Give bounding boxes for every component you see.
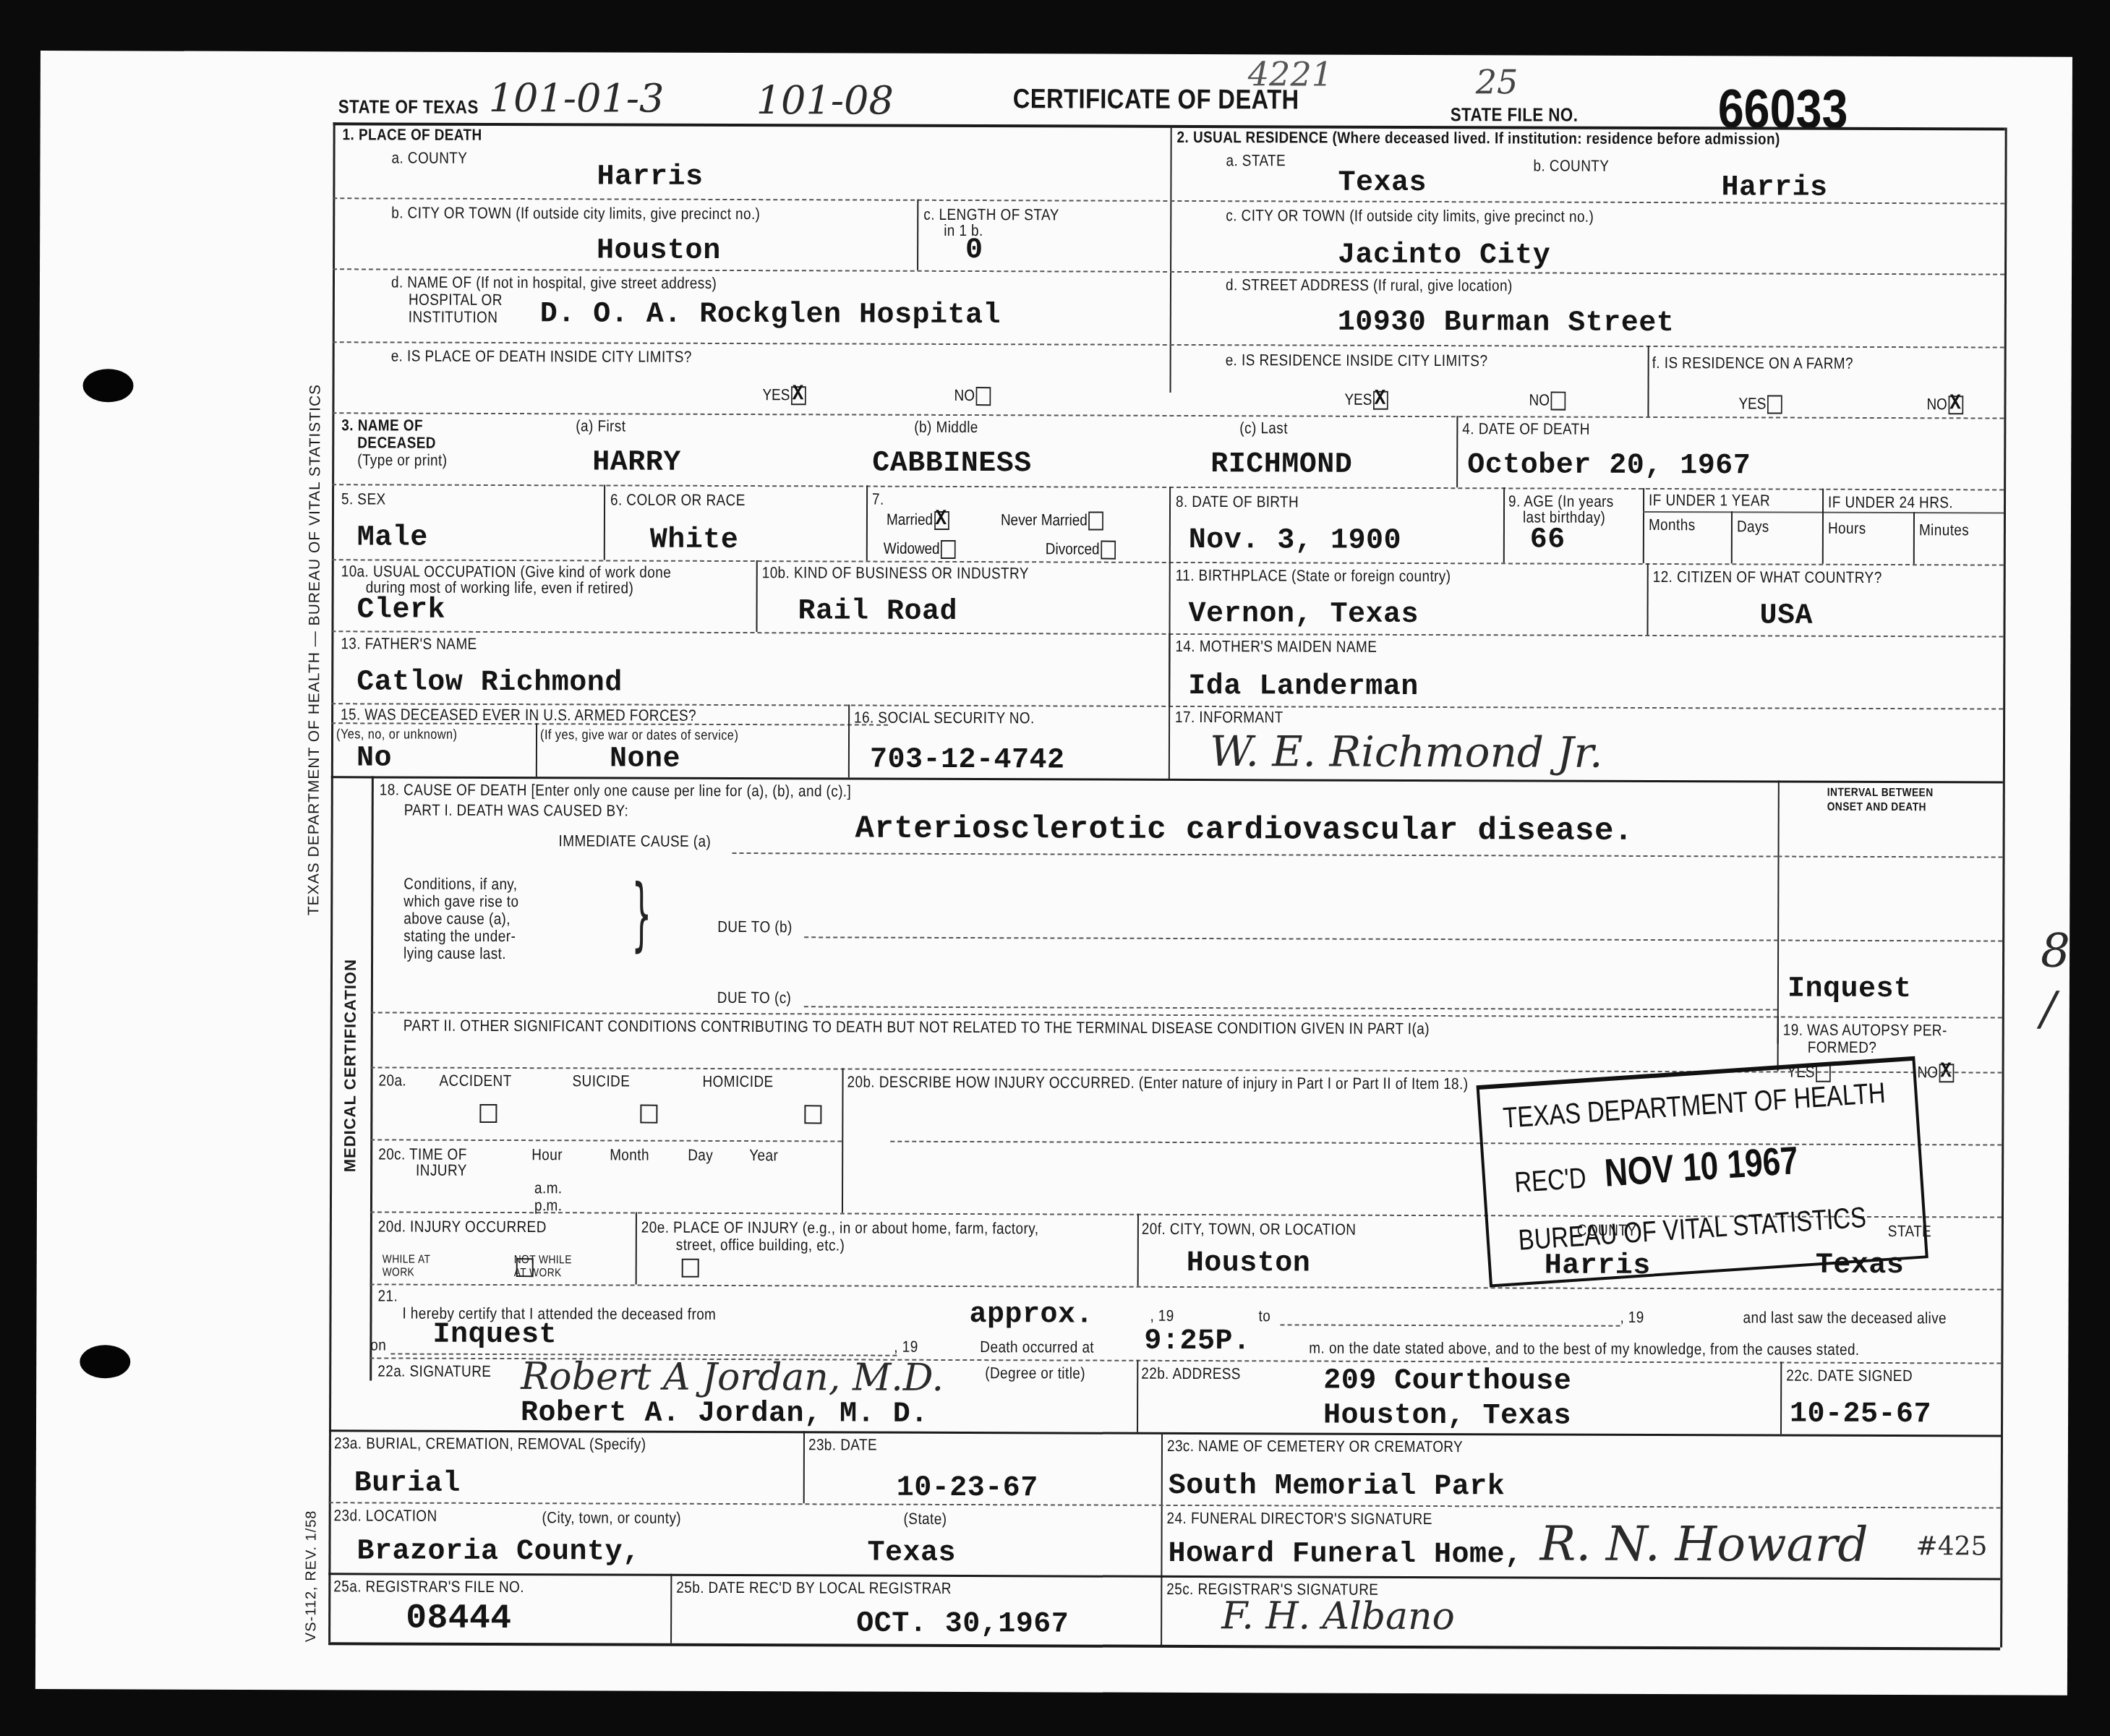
divider-date-death bbox=[1456, 416, 1458, 487]
location-label: 20f. CITY, TOWN, OR LOCATION bbox=[1142, 1220, 1357, 1239]
month-label: Month bbox=[610, 1145, 649, 1163]
accident-label: ACCIDENT bbox=[439, 1072, 511, 1090]
interval-line-a bbox=[1778, 856, 2003, 858]
handwritten-code-2: 101-08 bbox=[756, 77, 894, 124]
inside-limits-yes[interactable]: YES bbox=[762, 385, 806, 405]
informant-label: 17. INFORMANT bbox=[1175, 708, 1283, 727]
location-city-value: Houston bbox=[1187, 1247, 1311, 1280]
handwritten-top-2: 25 bbox=[1476, 62, 1519, 101]
burial-state-value: Texas bbox=[867, 1537, 956, 1570]
armed-sub1: (Yes, no, or unknown) bbox=[336, 727, 457, 743]
stamp-line-3: BUREAU OF VITAL STATISTICS bbox=[1517, 1202, 1867, 1257]
checkbox-checked[interactable] bbox=[1949, 395, 1964, 414]
location-line bbox=[329, 1502, 2001, 1508]
usual-residence-label: 2. USUAL RESIDENCE (Where deceased lived… bbox=[1177, 128, 1780, 148]
sex-label: 5. SEX bbox=[341, 489, 386, 508]
funeral-home-value: Howard Funeral Home, bbox=[1168, 1538, 1522, 1572]
occurred-at-label: Death occurred at bbox=[980, 1338, 1094, 1356]
burial-location-sub1: (City, town, or county) bbox=[542, 1508, 682, 1527]
homicide-checkbox[interactable] bbox=[804, 1105, 821, 1124]
checkbox-checked[interactable] bbox=[934, 511, 949, 530]
registrar-top-line bbox=[328, 1573, 2000, 1580]
received-stamp: TEXAS DEPARTMENT OF HEALTH REC'D NOV 10 … bbox=[1477, 1056, 1929, 1288]
checkbox[interactable] bbox=[1767, 395, 1782, 414]
divider-ssn bbox=[848, 705, 850, 778]
inside-limits-no[interactable]: NO bbox=[954, 386, 991, 406]
hospital-value: D. O. A. Rockglen Hospital bbox=[540, 298, 1001, 332]
funeral-director-signature: R. N. Howard bbox=[1539, 1516, 1868, 1573]
stay-value: 0 bbox=[965, 234, 983, 267]
divider-autopsy bbox=[1777, 1017, 1779, 1072]
funeral-license: #425 bbox=[1915, 1531, 1987, 1561]
checkbox[interactable] bbox=[1101, 541, 1116, 560]
industry-label: 10b. KIND OF BUSINESS OR INDUSTRY bbox=[762, 563, 1029, 582]
year-label: Year bbox=[749, 1146, 778, 1164]
birthplace-value: Vernon, Texas bbox=[1188, 598, 1419, 631]
certificate-paper: TEXAS DEPARTMENT OF HEALTH — BUREAU OF V… bbox=[35, 51, 2072, 1696]
divider-interval bbox=[1777, 781, 1780, 1044]
at-work-2: WORK bbox=[383, 1266, 415, 1280]
place-label-2: street, office building, etc.) bbox=[676, 1236, 845, 1254]
punch-hole-top bbox=[82, 369, 133, 402]
armed-value: No bbox=[356, 742, 392, 774]
time-line bbox=[370, 1139, 842, 1142]
state-file-label: STATE FILE NO. bbox=[1451, 104, 1579, 126]
handwritten-code-1: 101-01-3 bbox=[489, 75, 665, 121]
certify-tail: m. on the date stated above, and to the … bbox=[1309, 1339, 1859, 1359]
burial-county-value: Brazoria County, bbox=[356, 1535, 640, 1568]
farm-no[interactable]: NO bbox=[1926, 395, 1963, 414]
date-signed-label: 22c. DATE SIGNED bbox=[1786, 1367, 1913, 1385]
ssn-value: 703-12-4742 bbox=[870, 744, 1065, 777]
injury-num: 20a. bbox=[378, 1071, 406, 1089]
time-label-2: INJURY bbox=[416, 1161, 467, 1180]
divider-marital bbox=[866, 486, 868, 561]
not-at-work-checkbox[interactable] bbox=[681, 1259, 699, 1278]
divider-registrar-date bbox=[670, 1574, 672, 1643]
due-c-label: DUE TO (c) bbox=[717, 988, 791, 1007]
conditions-2: which gave rise to bbox=[403, 892, 518, 911]
autopsy-label-1: 19. WAS AUTOPSY PER- bbox=[1783, 1021, 1947, 1040]
burial-location-label: 23d. LOCATION bbox=[334, 1506, 437, 1525]
medical-inner-border bbox=[370, 776, 374, 1380]
res-inside-limits-yes[interactable]: YES bbox=[1344, 390, 1388, 410]
registrar-signature: F. H. Albano bbox=[1221, 1594, 1455, 1638]
race-value: White bbox=[650, 524, 739, 557]
burial-location-sub2: (State) bbox=[904, 1510, 947, 1528]
suicide-checkbox[interactable] bbox=[641, 1105, 658, 1124]
side-agency-text: TEXAS DEPARTMENT OF HEALTH — BUREAU OF V… bbox=[305, 384, 324, 915]
form-bottom-border bbox=[328, 1642, 2000, 1650]
age-value: 66 bbox=[1530, 523, 1566, 556]
place-label-1: 20e. PLACE OF INJURY (e.g., in or about … bbox=[641, 1218, 1039, 1238]
checkbox[interactable] bbox=[976, 387, 991, 406]
cause-a-line bbox=[732, 852, 1778, 858]
divider-describe bbox=[842, 1068, 844, 1213]
divider-under-year bbox=[1643, 488, 1644, 563]
divider-days bbox=[1731, 511, 1733, 563]
dob-label: 8. DATE OF BIRTH bbox=[1176, 492, 1299, 511]
divider-farm bbox=[1647, 346, 1649, 416]
form-left-border bbox=[328, 122, 336, 1642]
registrar-file-value: 08444 bbox=[406, 1599, 512, 1638]
address-line-1: 209 Courthouse bbox=[1323, 1365, 1571, 1398]
res-street-value: 10930 Burman Street bbox=[1338, 307, 1675, 340]
under-24-label: IF UNDER 24 HRS. bbox=[1828, 493, 1953, 512]
form-right-border bbox=[2000, 128, 2007, 1648]
interval-label-1: INTERVAL BETWEEN bbox=[1827, 787, 1934, 800]
marital-never-married[interactable]: Never Married bbox=[1001, 510, 1103, 531]
cause-label: 18. CAUSE OF DEATH [Enter only one cause… bbox=[380, 780, 852, 800]
method-value: Burial bbox=[354, 1467, 461, 1500]
autopsy-label-2: FORMED? bbox=[1808, 1038, 1877, 1057]
address-line-2: Houston, Texas bbox=[1323, 1400, 1571, 1433]
interval-label-2: ONSET AND DEATH bbox=[1827, 801, 1926, 815]
farm-label: f. IS RESIDENCE ON A FARM? bbox=[1652, 354, 1853, 372]
mother-label: 14. MOTHER'S MAIDEN NAME bbox=[1175, 637, 1377, 656]
day-label: Day bbox=[688, 1146, 713, 1164]
physician-signature: Robert A Jordan, M.D. bbox=[521, 1355, 944, 1400]
res-state-label: a. STATE bbox=[1226, 151, 1286, 170]
inside-limits-label: e. IS PLACE OF DEATH INSIDE CITY LIMITS? bbox=[391, 347, 692, 367]
res-county-label: b. COUNTY bbox=[1533, 156, 1609, 175]
divider-stay bbox=[917, 200, 918, 270]
death-city-label: b. CITY OR TOWN (If outside city limits,… bbox=[391, 204, 760, 223]
last-label: (c) Last bbox=[1239, 419, 1288, 437]
certify-19-a: , 19 bbox=[1150, 1307, 1174, 1325]
state-of-texas-label: STATE OF TEXAS bbox=[338, 96, 479, 119]
punch-hole-bottom bbox=[80, 1345, 130, 1378]
certify-on: on bbox=[370, 1335, 386, 1354]
divider-under-24 bbox=[1822, 489, 1824, 564]
stamp-recd: REC'D bbox=[1513, 1162, 1587, 1200]
conditions-1: Conditions, if any, bbox=[403, 875, 517, 894]
certify-num: 21. bbox=[378, 1286, 398, 1304]
father-value: Catlow Richmond bbox=[356, 666, 623, 699]
hours-label: Hours bbox=[1828, 519, 1866, 537]
marital-married[interactable]: Married bbox=[887, 510, 949, 530]
interval-inquest: Inquest bbox=[1787, 973, 1912, 1006]
divider-race bbox=[604, 484, 605, 560]
date-signed-value: 10-25-67 bbox=[1790, 1398, 1931, 1432]
row-line-7 bbox=[331, 630, 2003, 637]
form-revision-text: VS-112, REV. 1/58 bbox=[303, 1510, 320, 1642]
armed-sub2: (If yes, give war or dates of service) bbox=[540, 727, 738, 744]
res-county-value: Harris bbox=[1721, 171, 1827, 204]
conditions-5: lying cause last. bbox=[403, 944, 506, 963]
conditions-brace: } bbox=[631, 874, 652, 954]
hospital-label-1: d. NAME OF (If not in hospital, give str… bbox=[391, 273, 717, 293]
checkbox[interactable] bbox=[1551, 392, 1566, 411]
hospital-label-3: INSTITUTION bbox=[409, 308, 498, 327]
divider-place bbox=[636, 1213, 637, 1285]
checkbox-checked[interactable] bbox=[1373, 391, 1388, 410]
middle-label: (b) Middle bbox=[914, 418, 978, 437]
cemetery-label: 23c. NAME OF CEMETERY OR CREMATORY bbox=[1167, 1437, 1463, 1456]
part1-label: PART I. DEATH WAS CAUSED BY: bbox=[404, 801, 629, 820]
divider-address bbox=[1137, 1360, 1138, 1432]
death-city-value: Houston bbox=[597, 234, 721, 268]
middle-name-value: CABBINESS bbox=[872, 448, 1032, 481]
describe-label: 20b. DESCRIBE HOW INJURY OCCURRED. (Ente… bbox=[847, 1073, 1468, 1093]
margin-note-slash: / bbox=[2041, 983, 2056, 1036]
am-label: a.m. bbox=[534, 1179, 563, 1197]
sex-value: Male bbox=[357, 521, 428, 554]
conditions-3: above cause (a), bbox=[403, 910, 511, 928]
date-of-death-value: October 20, 1967 bbox=[1467, 449, 1751, 482]
divider-date-signed bbox=[1780, 1362, 1782, 1434]
divider-burial-date bbox=[803, 1431, 805, 1503]
service-value: None bbox=[610, 743, 680, 775]
res-city-label: c. CITY OR TOWN (If outside city limits,… bbox=[1226, 206, 1594, 226]
accident-checkbox[interactable] bbox=[479, 1104, 497, 1123]
certify-top-line bbox=[370, 1283, 2002, 1290]
months-label: Months bbox=[1649, 516, 1696, 534]
stamp-line-1: TEXAS DEPARTMENT OF HEALTH bbox=[1502, 1077, 1887, 1135]
cause-c-line bbox=[804, 1006, 1777, 1010]
marital-widowed[interactable]: Widowed bbox=[884, 539, 956, 560]
occupation-value: Clerk bbox=[357, 594, 446, 626]
divider-center-top bbox=[1170, 125, 1172, 393]
res-inside-limits-label: e. IS RESIDENCE INSIDE CITY LIMITS? bbox=[1226, 351, 1488, 369]
res-inside-limits-no[interactable]: NO bbox=[1529, 390, 1566, 410]
divider-service bbox=[536, 723, 537, 777]
checkbox[interactable] bbox=[1089, 512, 1104, 531]
certify-19-c: , 19 bbox=[894, 1338, 918, 1356]
res-city-value: Jacinto City bbox=[1338, 239, 1550, 273]
marital-divorced[interactable]: Divorced bbox=[1046, 539, 1116, 559]
divider-cemetery bbox=[1161, 1432, 1163, 1645]
registrar-file-label: 25a. REGISTRAR'S FILE NO. bbox=[333, 1577, 524, 1596]
side-medical-cert-text: MEDICAL CERTIFICATION bbox=[341, 959, 360, 1172]
not-at-work-2: AT WORK bbox=[514, 1267, 562, 1280]
conditions-4: stating the under- bbox=[403, 927, 516, 946]
not-at-work-1: NOT WHILE bbox=[514, 1254, 572, 1267]
part2-label: PART II. OTHER SIGNIFICANT CONDITIONS CO… bbox=[403, 1017, 1430, 1038]
immediate-label: IMMEDIATE CAUSE (a) bbox=[559, 831, 712, 850]
signature-label: 22a. SIGNATURE bbox=[377, 1361, 491, 1380]
armed-subline bbox=[331, 722, 888, 725]
row-line-5 bbox=[332, 484, 2004, 490]
father-label: 13. FATHER'S NAME bbox=[341, 634, 477, 653]
certify-to: to bbox=[1258, 1307, 1270, 1325]
checkbox[interactable] bbox=[941, 540, 956, 559]
days-label: Days bbox=[1737, 517, 1769, 535]
name-label-3: (Type or print) bbox=[357, 450, 447, 469]
cause-b-line bbox=[804, 936, 2002, 941]
res-state-value: Texas bbox=[1338, 167, 1427, 200]
at-work-1: WHILE AT bbox=[383, 1253, 431, 1267]
last-name-value: RICHMOND bbox=[1210, 448, 1352, 482]
under-year-label: IF UNDER 1 YEAR bbox=[1649, 491, 1770, 510]
divider-industry bbox=[756, 560, 757, 632]
dob-value: Nov. 3, 1900 bbox=[1189, 524, 1401, 557]
address-label: 22b. ADDRESS bbox=[1141, 1364, 1241, 1383]
mother-value: Ida Landerman bbox=[1188, 670, 1419, 704]
burial-date-value: 10-23-67 bbox=[897, 1472, 1038, 1505]
stamp-date: NOV 10 1967 bbox=[1603, 1138, 1800, 1196]
name-label-1: 3. NAME OF bbox=[341, 416, 423, 435]
armed-label: 15. WAS DECEASED EVER IN U.S. ARMED FORC… bbox=[341, 705, 696, 724]
hospital-label-2: HOSPITAL OR bbox=[409, 291, 503, 309]
divider-center-mid bbox=[1169, 633, 1171, 779]
checkbox-checked[interactable] bbox=[791, 386, 806, 405]
first-name-value: HARRY bbox=[592, 446, 681, 479]
registrar-date-label: 25b. DATE REC'D BY LOCAL REGISTRAR bbox=[676, 1578, 952, 1597]
res-street-label: d. STREET ADDRESS (If rural, give locati… bbox=[1226, 275, 1513, 295]
race-label: 6. COLOR OR RACE bbox=[610, 490, 746, 509]
divider-minutes bbox=[1913, 512, 1915, 564]
checkbox-checked[interactable] bbox=[1939, 1064, 1955, 1082]
divider-age bbox=[1503, 487, 1505, 563]
informant-signature: W. E. Richmond Jr. bbox=[1210, 727, 1603, 777]
homicide-label: HOMICIDE bbox=[702, 1072, 773, 1091]
burial-date-label: 23b. DATE bbox=[808, 1435, 877, 1454]
divider-citizen bbox=[1646, 563, 1648, 635]
handwritten-top-1: 4221 bbox=[1248, 54, 1333, 93]
minutes-label: Minutes bbox=[1919, 521, 1969, 539]
certify-19-b: , 19 bbox=[1620, 1308, 1644, 1326]
immediate-cause-value: Arteriosclerotic cardiovascular disease. bbox=[855, 811, 1633, 850]
certify-to-line bbox=[1280, 1324, 1620, 1326]
degree-label: (Degree or title) bbox=[985, 1364, 1085, 1382]
marital-label: 7. bbox=[872, 490, 884, 508]
birthplace-label: 11. BIRTHPLACE (State or foreign country… bbox=[1176, 566, 1451, 585]
cemetery-value: South Memorial Park bbox=[1169, 1470, 1505, 1503]
margin-note-8: 8 bbox=[2041, 925, 2070, 978]
farm-yes[interactable]: YES bbox=[1738, 394, 1782, 414]
registrar-date-value: OCT. 30,1967 bbox=[856, 1608, 1069, 1641]
first-label: (a) First bbox=[576, 416, 625, 435]
certify-last-saw: and last saw the deceased alive bbox=[1743, 1308, 1947, 1327]
date-of-death-label: 4. DATE OF DEATH bbox=[1462, 419, 1590, 438]
due-b-label: DUE TO (b) bbox=[717, 918, 793, 936]
name-label-2: DECEASED bbox=[357, 433, 436, 452]
hour-label: Hour bbox=[531, 1145, 563, 1163]
certify-from-value: approx. bbox=[969, 1299, 1093, 1332]
method-label: 23a. BURIAL, CREMATION, REMOVAL (Specify… bbox=[334, 1434, 646, 1453]
occurred-label: 20d. INJURY OCCURRED bbox=[378, 1217, 547, 1236]
funeral-label: 24. FUNERAL DIRECTOR'S SIGNATURE bbox=[1167, 1509, 1432, 1528]
ssn-label: 16. SOCIAL SECURITY NO. bbox=[854, 709, 1035, 727]
citizen-value: USA bbox=[1759, 599, 1813, 632]
county-label: a. COUNTY bbox=[391, 149, 467, 168]
certify-on-value: Inquest bbox=[432, 1319, 557, 1352]
time-of-death-value: 9:25P. bbox=[1144, 1325, 1250, 1358]
suicide-label: SUICIDE bbox=[572, 1072, 630, 1090]
place-of-death-label: 1. PLACE OF DEATH bbox=[343, 125, 482, 144]
divider-location bbox=[1137, 1214, 1139, 1286]
physician-typed-name: Robert A. Jordan, M. D. bbox=[521, 1397, 928, 1431]
death-county-value: Harris bbox=[597, 161, 703, 193]
industry-value: Rail Road bbox=[798, 595, 957, 628]
citizen-label: 12. CITIZEN OF WHAT COUNTRY? bbox=[1653, 568, 1882, 586]
